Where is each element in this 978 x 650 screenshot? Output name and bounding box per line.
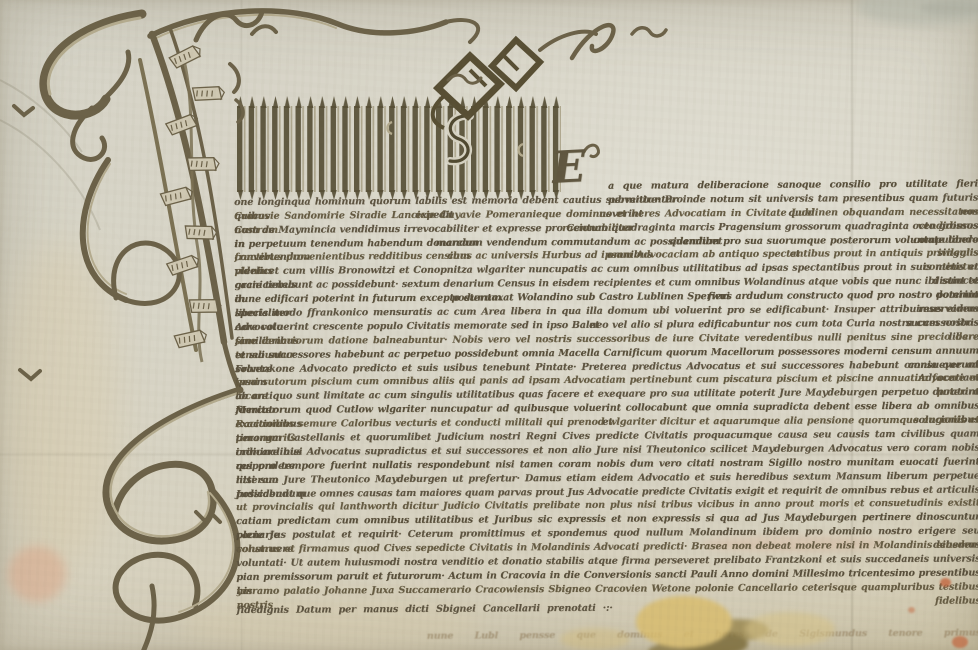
parchment-document: E a que matura deliberacione sanoque con… (0, 0, 978, 650)
text-block: a que matura deliberacione sanoque consi… (234, 177, 978, 644)
calligraphic-initial-flourish (14, 14, 243, 390)
ribbon-loops (20, 370, 240, 650)
